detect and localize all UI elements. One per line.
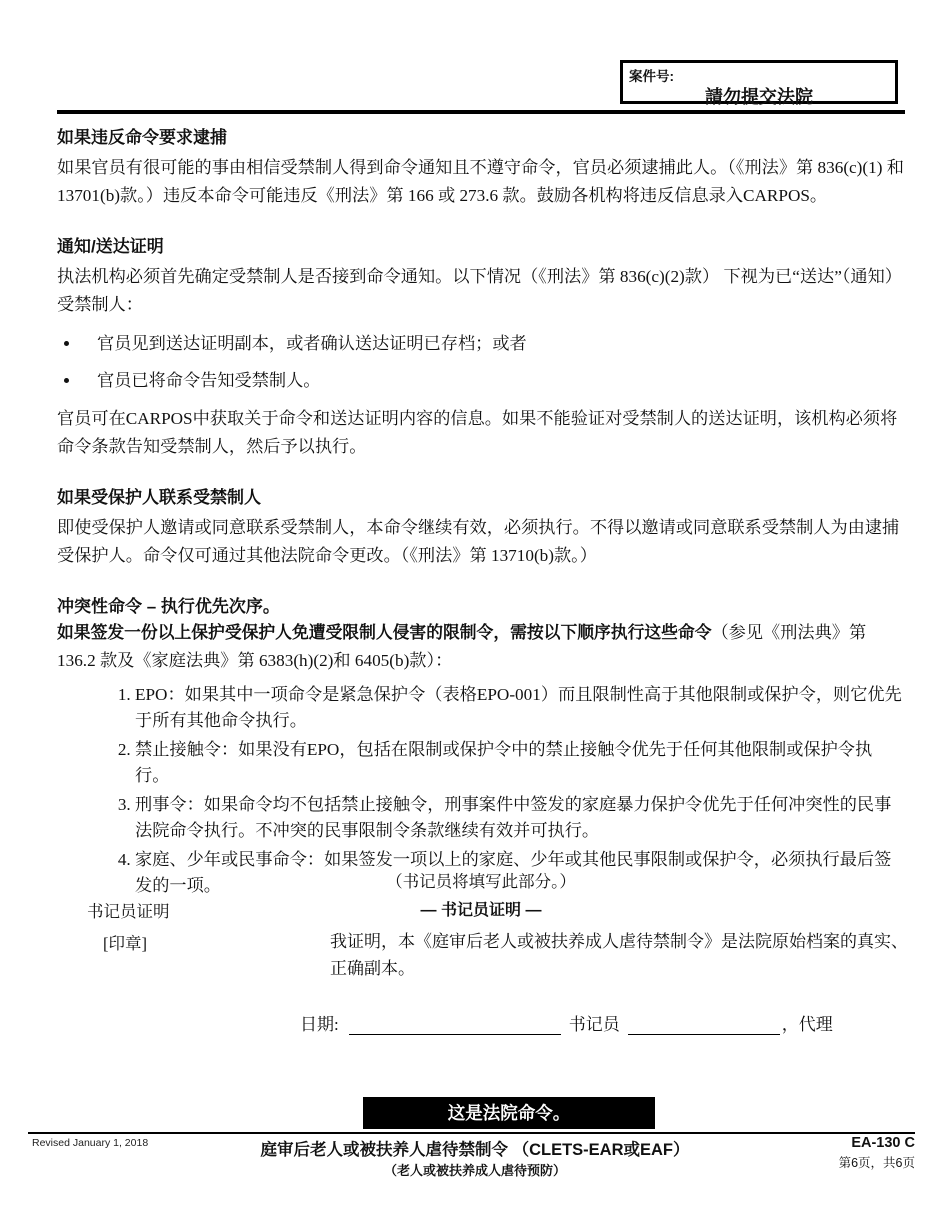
signature-line: 日期:书记员，代理 (300, 1010, 920, 1035)
header-divider (57, 110, 905, 114)
section-conflicting-orders: 冲突性命令 – 执行优先次序。 如果签发一份以上保护受保护人免遭受限制人侵害的限… (57, 596, 905, 899)
do-not-file-notice: 請勿提交法院 (629, 83, 889, 109)
priority-item-criminal: 刑事令：如果命令均不包括禁止接触令，刑事案件中签发的家庭暴力保护令优先于任何冲突… (135, 792, 905, 844)
notice-bullet-item: 官员见到送达证明副本，或者确认送达证明已存档；或者 (81, 331, 905, 356)
date-label: 日期: (300, 1015, 339, 1034)
section-notice-heading: 通知/送达证明 (57, 236, 905, 258)
conflicting-intro-bold: 如果签发一份以上保护受保护人免遭受限制人侵害的限制令，需按以下顺序执行这些命令 (57, 623, 711, 642)
section-notice-proof: 通知/送达证明 执法机构必须首先确定受禁制人是否接到命令通知。以下情况（《刑法》… (57, 236, 905, 460)
clerk-certificate-title: — 书记员证明 — (57, 897, 905, 920)
priority-item-no-contact: 禁止接触令：如果没有EPO，包括在限制或保护令中的禁止接触令优先于任何其他限制或… (135, 737, 905, 789)
section-contact: 如果受保护人联系受禁制人 即使受保护人邀请或同意联系受禁制人，本命令继续有效，必… (57, 487, 905, 569)
section-contact-body: 即使受保护人邀请或同意联系受禁制人，本命令继续有效，必须执行。不得以邀请或同意联… (57, 514, 905, 569)
section-notice-body: 执法机构必须首先确定受禁制人是否接到命令通知。以下情况（《刑法》第 836(c)… (57, 263, 905, 318)
section-notice-after: 官员可在CARPOS中获取关于命令和送达证明内容的信息。如果不能验证对受禁制人的… (57, 405, 905, 460)
date-fill-line (349, 1018, 561, 1035)
section-arrest-heading: 如果违反命令要求逮捕 (57, 127, 905, 149)
clerk-signature-line (628, 1018, 780, 1035)
section-conflicting-heading: 冲突性命令 – 执行优先次序。 (57, 596, 905, 618)
priority-item-epo: EPO：如果其中一项命令是紧急保护令（表格EPO-001）而且限制性高于其他限制… (135, 682, 905, 734)
document-page: 案件号: 請勿提交法院 如果违反命令要求逮捕 如果官员有很可能的事由相信受禁制人… (0, 0, 950, 1230)
form-title: 庭审后老人或被扶养人虐待禁制令 （CLETS-EAR或EAF） (0, 1136, 950, 1160)
case-number-label: 案件号: (629, 65, 889, 85)
clerk-certificate-statement: 我证明，本《庭审后老人或被扶养成人虐待禁制令》是法院原始档案的真实、正确副本。 (330, 928, 908, 982)
deputy-label: ，代理 (782, 1015, 833, 1034)
section-arrest-body: 如果官员有很可能的事由相信受禁制人得到命令通知且不遵守命令，官员必须逮捕此人。（… (57, 154, 905, 209)
section-conflicting-intro: 如果签发一份以上保护受保护人免遭受限制人侵害的限制令，需按以下顺序执行这些命令（… (57, 619, 905, 674)
notice-bullet-list: 官员见到送达证明副本，或者确认送达证明已存档；或者 官员已将命令告知受禁制人。 (57, 331, 905, 393)
seal-placeholder: [印章] (103, 930, 147, 954)
section-arrest: 如果违反命令要求逮捕 如果官员有很可能的事由相信受禁制人得到命令通知且不遵守命令… (57, 127, 905, 209)
clerk-label: 书记员 (569, 1015, 620, 1034)
footer-divider (28, 1132, 915, 1134)
form-number: EA-130 C (851, 1135, 915, 1151)
document-body: 如果违反命令要求逮捕 如果官员有很可能的事由相信受禁制人得到命令通知且不遵守命令… (57, 127, 905, 926)
section-contact-heading: 如果受保护人联系受禁制人 (57, 487, 905, 509)
clerk-fill-note: （书记员将填写此部分。） (57, 868, 905, 892)
page-number: 第6页，共6页 (839, 1153, 915, 1171)
priority-order-list: EPO：如果其中一项命令是紧急保护令（表格EPO-001）而且限制性高于其他限制… (57, 682, 905, 899)
court-order-banner: 这是法院命令。 (363, 1097, 655, 1129)
case-number-box: 案件号: 請勿提交法院 (620, 60, 898, 104)
notice-bullet-item: 官员已将命令告知受禁制人。 (81, 368, 905, 393)
form-subtitle: （老人或被扶养成人虐待预防） (0, 1160, 950, 1179)
